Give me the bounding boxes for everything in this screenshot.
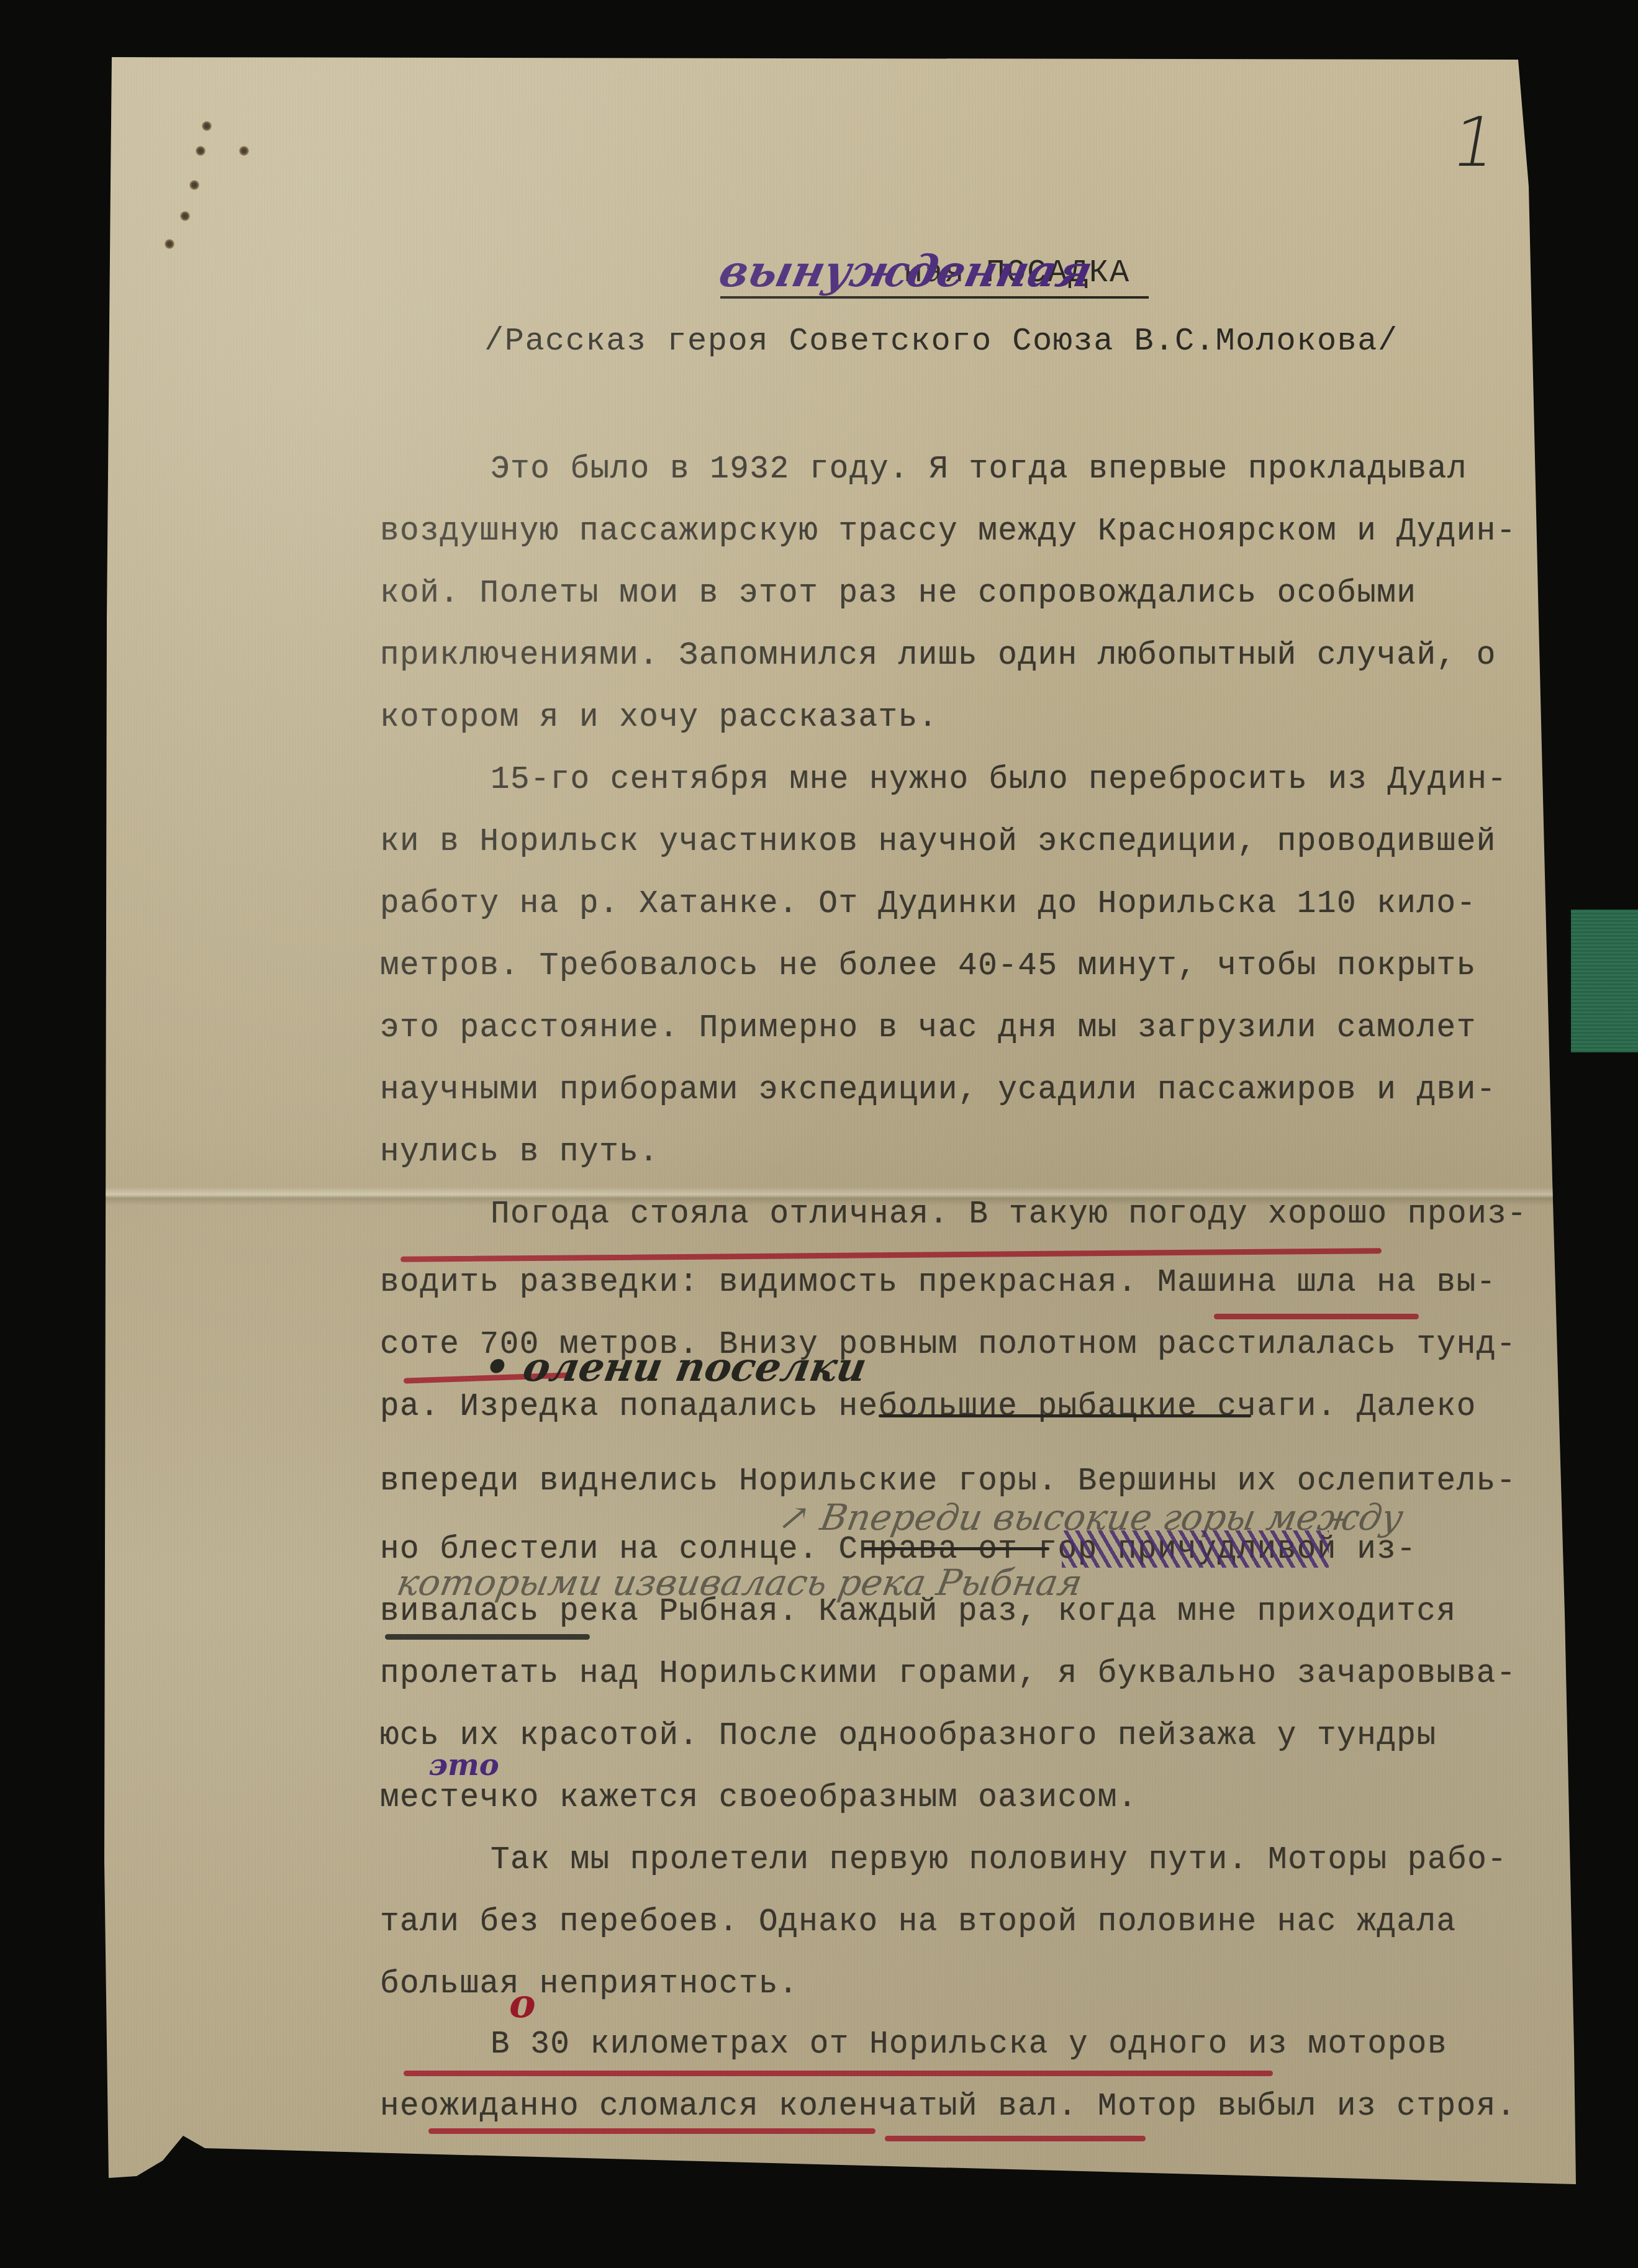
text-line: тали без перебоев. Однако на второй поло… bbox=[380, 1905, 1457, 1940]
text-line: неожиданно сломался коленчатый вал. Мото… bbox=[380, 2089, 1516, 2125]
text-line: водить разведки: видимость прекрасная. М… bbox=[380, 1265, 1496, 1301]
red-underline bbox=[404, 1372, 571, 1383]
text-line: нулись в путь. bbox=[380, 1135, 659, 1170]
text-line: работу на р. Хатанке. От Дудинки до Нори… bbox=[380, 887, 1477, 922]
red-underline bbox=[885, 2136, 1146, 2141]
text-line: это расстояние. Примерно в час дня мы за… bbox=[380, 1011, 1477, 1046]
black-underline bbox=[385, 1634, 590, 1640]
handwritten-insert: ↗ Впереди высокие горы между bbox=[776, 1496, 1406, 1538]
text-line: котором я и хочу рассказать. bbox=[380, 700, 938, 736]
strikethrough bbox=[863, 1547, 1049, 1550]
text-line: соте 700 метров. Внизу ровным полотном р… bbox=[380, 1327, 1516, 1363]
text-line: пролетать над Норильскими горами, я букв… bbox=[380, 1656, 1516, 1692]
purple-scribble bbox=[1062, 1530, 1329, 1568]
text-line: метров. Требовалось не более 40-45 минут… bbox=[380, 949, 1477, 984]
title-typed: ная ПОСАДКА bbox=[903, 255, 1130, 291]
red-underline bbox=[1214, 1314, 1419, 1319]
text-line: Погода стояла отличная. В такую погоду х… bbox=[491, 1197, 1527, 1232]
text-line: приключениями. Запомнился лишь один любо… bbox=[380, 638, 1496, 674]
text-line: научными приборами экспедиции, усадили п… bbox=[380, 1073, 1496, 1108]
red-underline bbox=[400, 1248, 1382, 1262]
text-line: юсь их красотой. После однообразного пей… bbox=[380, 1719, 1437, 1754]
page-number: 1 bbox=[1446, 102, 1504, 182]
text-line: ки в Норильск участников научной экспеди… bbox=[380, 825, 1496, 860]
handwritten-insert: это bbox=[428, 1748, 499, 1782]
text-line: 15-го сентября мне нужно было перебросит… bbox=[491, 762, 1507, 798]
handwritten-insert: • олени поселки bbox=[480, 1344, 870, 1391]
red-underline bbox=[428, 2128, 876, 2134]
fold-crease bbox=[106, 1187, 1571, 1206]
text-line: местечко кажется своеобразным оазисом. bbox=[380, 1781, 1138, 1816]
text-line: но блестели на солнце. Справа от гор при… bbox=[380, 1532, 1416, 1568]
text-line: впереди виднелись Норильские горы. Верши… bbox=[380, 1464, 1516, 1499]
handwritten-correction: о bbox=[509, 1981, 536, 2027]
title-underline bbox=[720, 296, 1149, 299]
text-line: Так мы пролетели первую половину пути. М… bbox=[491, 1843, 1507, 1878]
title-handwritten-correction: вынужденная bbox=[715, 245, 1097, 297]
text-line: кой. Полеты мои в этот раз не сопровожда… bbox=[380, 576, 1416, 612]
strikethrough bbox=[879, 1414, 1251, 1417]
green-archive-tab bbox=[1571, 910, 1638, 1052]
text-line: вивалась река Рыбная. Каждый раз, когда … bbox=[380, 1594, 1457, 1630]
subtitle: /Рассказ героя Советского Союза В.С.Моло… bbox=[484, 323, 1398, 359]
document-page: 1 ная ПОСАДКА вынужденная /Рассказ героя… bbox=[0, 0, 1638, 2268]
text-line: В 30 километрах от Норильска у одного из… bbox=[491, 2027, 1447, 2062]
text-line: большая неприятность. bbox=[380, 1967, 799, 2002]
red-underline bbox=[404, 2071, 1273, 2076]
text-line: воздушную пассажирскую трассу между Крас… bbox=[380, 514, 1516, 549]
text-line: Это было в 1932 году. Я тогда впервые пр… bbox=[491, 452, 1467, 487]
text-line: ра. Изредка попадались небольшие рыбацки… bbox=[380, 1389, 1477, 1425]
handwritten-insert: которыми извивалась река Рыбная bbox=[394, 1561, 1085, 1604]
